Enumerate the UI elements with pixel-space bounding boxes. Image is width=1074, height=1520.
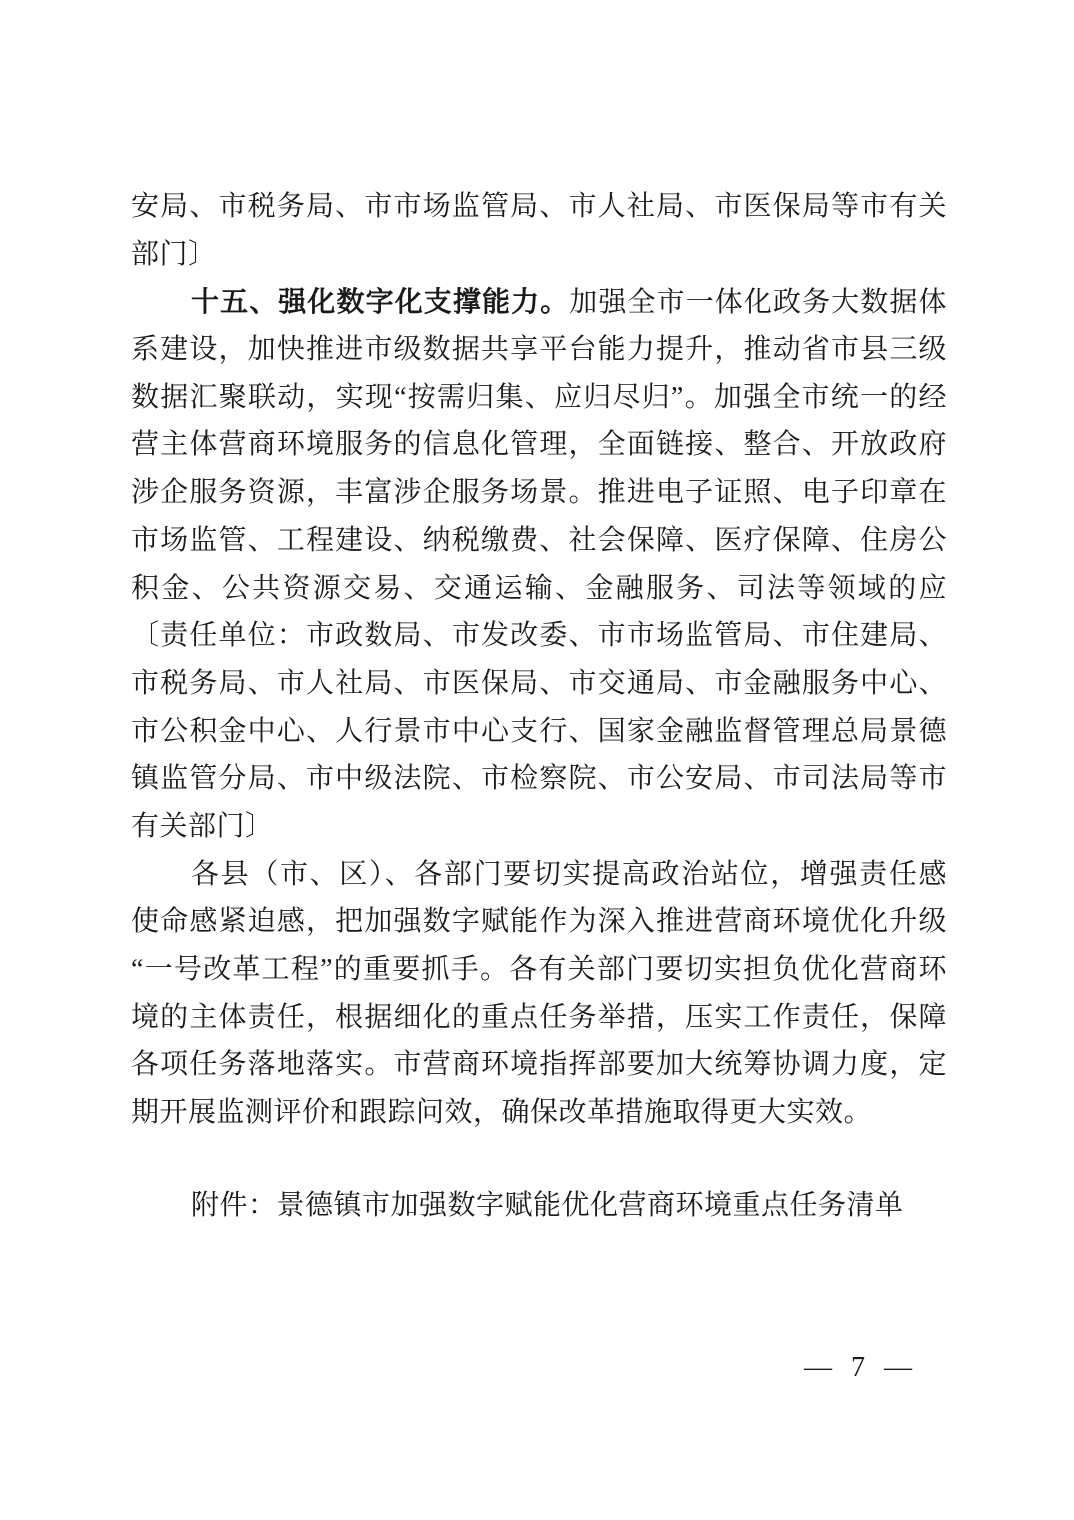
text-line: 十五、强化数字化支撑能力。加强全市一体化政务大数据体 [131, 278, 947, 326]
document-body: 安局、市税务局、市市场监管局、市人社局、市医保局等市有关部门〕十五、强化数字化支… [131, 183, 947, 1137]
text-line: 〔责任单位：市政数局、市发改委、市市场监管局、市住建局、 [131, 612, 947, 660]
body-text: 使命感紧迫感，把加强数字赋能作为深入推进营商环境优化升级 [131, 906, 947, 937]
body-text: 加强全市一体化政务大数据体 [569, 287, 947, 318]
text-line: 数据汇聚联动，实现“按需归集、应归尽归”。加强全市统一的经 [131, 374, 947, 422]
body-text: 营主体营商环境服务的信息化管理，全面链接、整合、开放政府 [131, 429, 947, 460]
body-text: 各项任务落地落实。市营商环境指挥部要加大统筹协调力度，定 [131, 1049, 947, 1080]
text-line: 市场监管、工程建设、纳税缴费、社会保障、医疗保障、住房公 [131, 517, 947, 565]
body-text: 有关部门〕 [131, 811, 274, 842]
body-text: 积金、公共资源交易、交通运输、金融服务、司法等领域的应用。 [131, 573, 947, 613]
body-text: 市场监管、工程建设、纳税缴费、社会保障、医疗保障、住房公 [131, 525, 947, 556]
text-line: 有关部门〕 [131, 803, 947, 851]
section-heading-text: 十五、强化数字化支撑能力。 [191, 286, 569, 317]
text-line: 各项任务落地落实。市营商环境指挥部要加大统筹协调力度，定 [131, 1041, 947, 1089]
body-text: 数据汇聚联动，实现“按需归集、应归尽归”。加强全市统一的经 [131, 382, 947, 413]
text-line: 市公积金中心、人行景市中心支行、国家金融监督管理总局景德 [131, 708, 947, 756]
text-line: 系建设，加快推进市级数据共享平台能力提升，推动省市县三级 [131, 326, 947, 374]
text-line: 营主体营商环境服务的信息化管理，全面链接、整合、开放政府 [131, 421, 947, 469]
body-text: 安局、市税务局、市市场监管局、市人社局、市医保局等市有关 [131, 191, 947, 222]
text-line: 使命感紧迫感，把加强数字赋能作为深入推进营商环境优化升级 [131, 898, 947, 946]
text-line: 安局、市税务局、市市场监管局、市人社局、市医保局等市有关 [131, 183, 947, 231]
body-text: 涉企服务资源，丰富涉企服务场景。推进电子证照、电子印章在 [131, 477, 947, 508]
body-text: 系建设，加快推进市级数据共享平台能力提升，推动省市县三级 [131, 334, 947, 365]
body-text: 部门〕 [131, 239, 217, 270]
text-line: 积金、公共资源交易、交通运输、金融服务、司法等领域的应用。 [131, 565, 947, 613]
attachment-line: 附件：景德镇市加强数字赋能优化营商环境重点任务清单 [131, 1182, 947, 1230]
body-text: 市税务局、市人社局、市医保局、市交通局、市金融服务中心、 [131, 668, 947, 699]
text-line: 镇监管分局、市中级法院、市检察院、市公安局、市司法局等市 [131, 755, 947, 803]
body-text: 各县（市、区）、各部门要切实提高政治站位，增强责任感 [191, 859, 947, 890]
page-number: — 7 — [804, 1348, 918, 1388]
text-line: 各县（市、区）、各部门要切实提高政治站位，增强责任感 [131, 851, 947, 899]
body-text: “一号改革工程”的重要抓手。各有关部门要切实担负优化营商环 [131, 954, 947, 985]
body-text: 期开展监测评价和跟踪问效，确保改革措施取得更大实效。 [131, 1097, 872, 1128]
document-page: 安局、市税务局、市市场监管局、市人社局、市医保局等市有关部门〕十五、强化数字化支… [0, 0, 1074, 1520]
text-line: 涉企服务资源，丰富涉企服务场景。推进电子证照、电子印章在 [131, 469, 947, 517]
body-text: 境的主体责任，根据细化的重点任务举措，压实工作责任，保障 [131, 1002, 947, 1033]
text-line: 期开展监测评价和跟踪问效，确保改革措施取得更大实效。 [131, 1089, 947, 1137]
text-line: 市税务局、市人社局、市医保局、市交通局、市金融服务中心、 [131, 660, 947, 708]
text-line: 部门〕 [131, 231, 947, 279]
body-text: 镇监管分局、市中级法院、市检察院、市公安局、市司法局等市 [131, 763, 947, 794]
text-line: 境的主体责任，根据细化的重点任务举措，压实工作责任，保障 [131, 994, 947, 1042]
body-text: 〔责任单位：市政数局、市发改委、市市场监管局、市住建局、 [131, 620, 947, 651]
body-text: 市公积金中心、人行景市中心支行、国家金融监督管理总局景德 [131, 716, 947, 747]
text-line: “一号改革工程”的重要抓手。各有关部门要切实担负优化营商环 [131, 946, 947, 994]
